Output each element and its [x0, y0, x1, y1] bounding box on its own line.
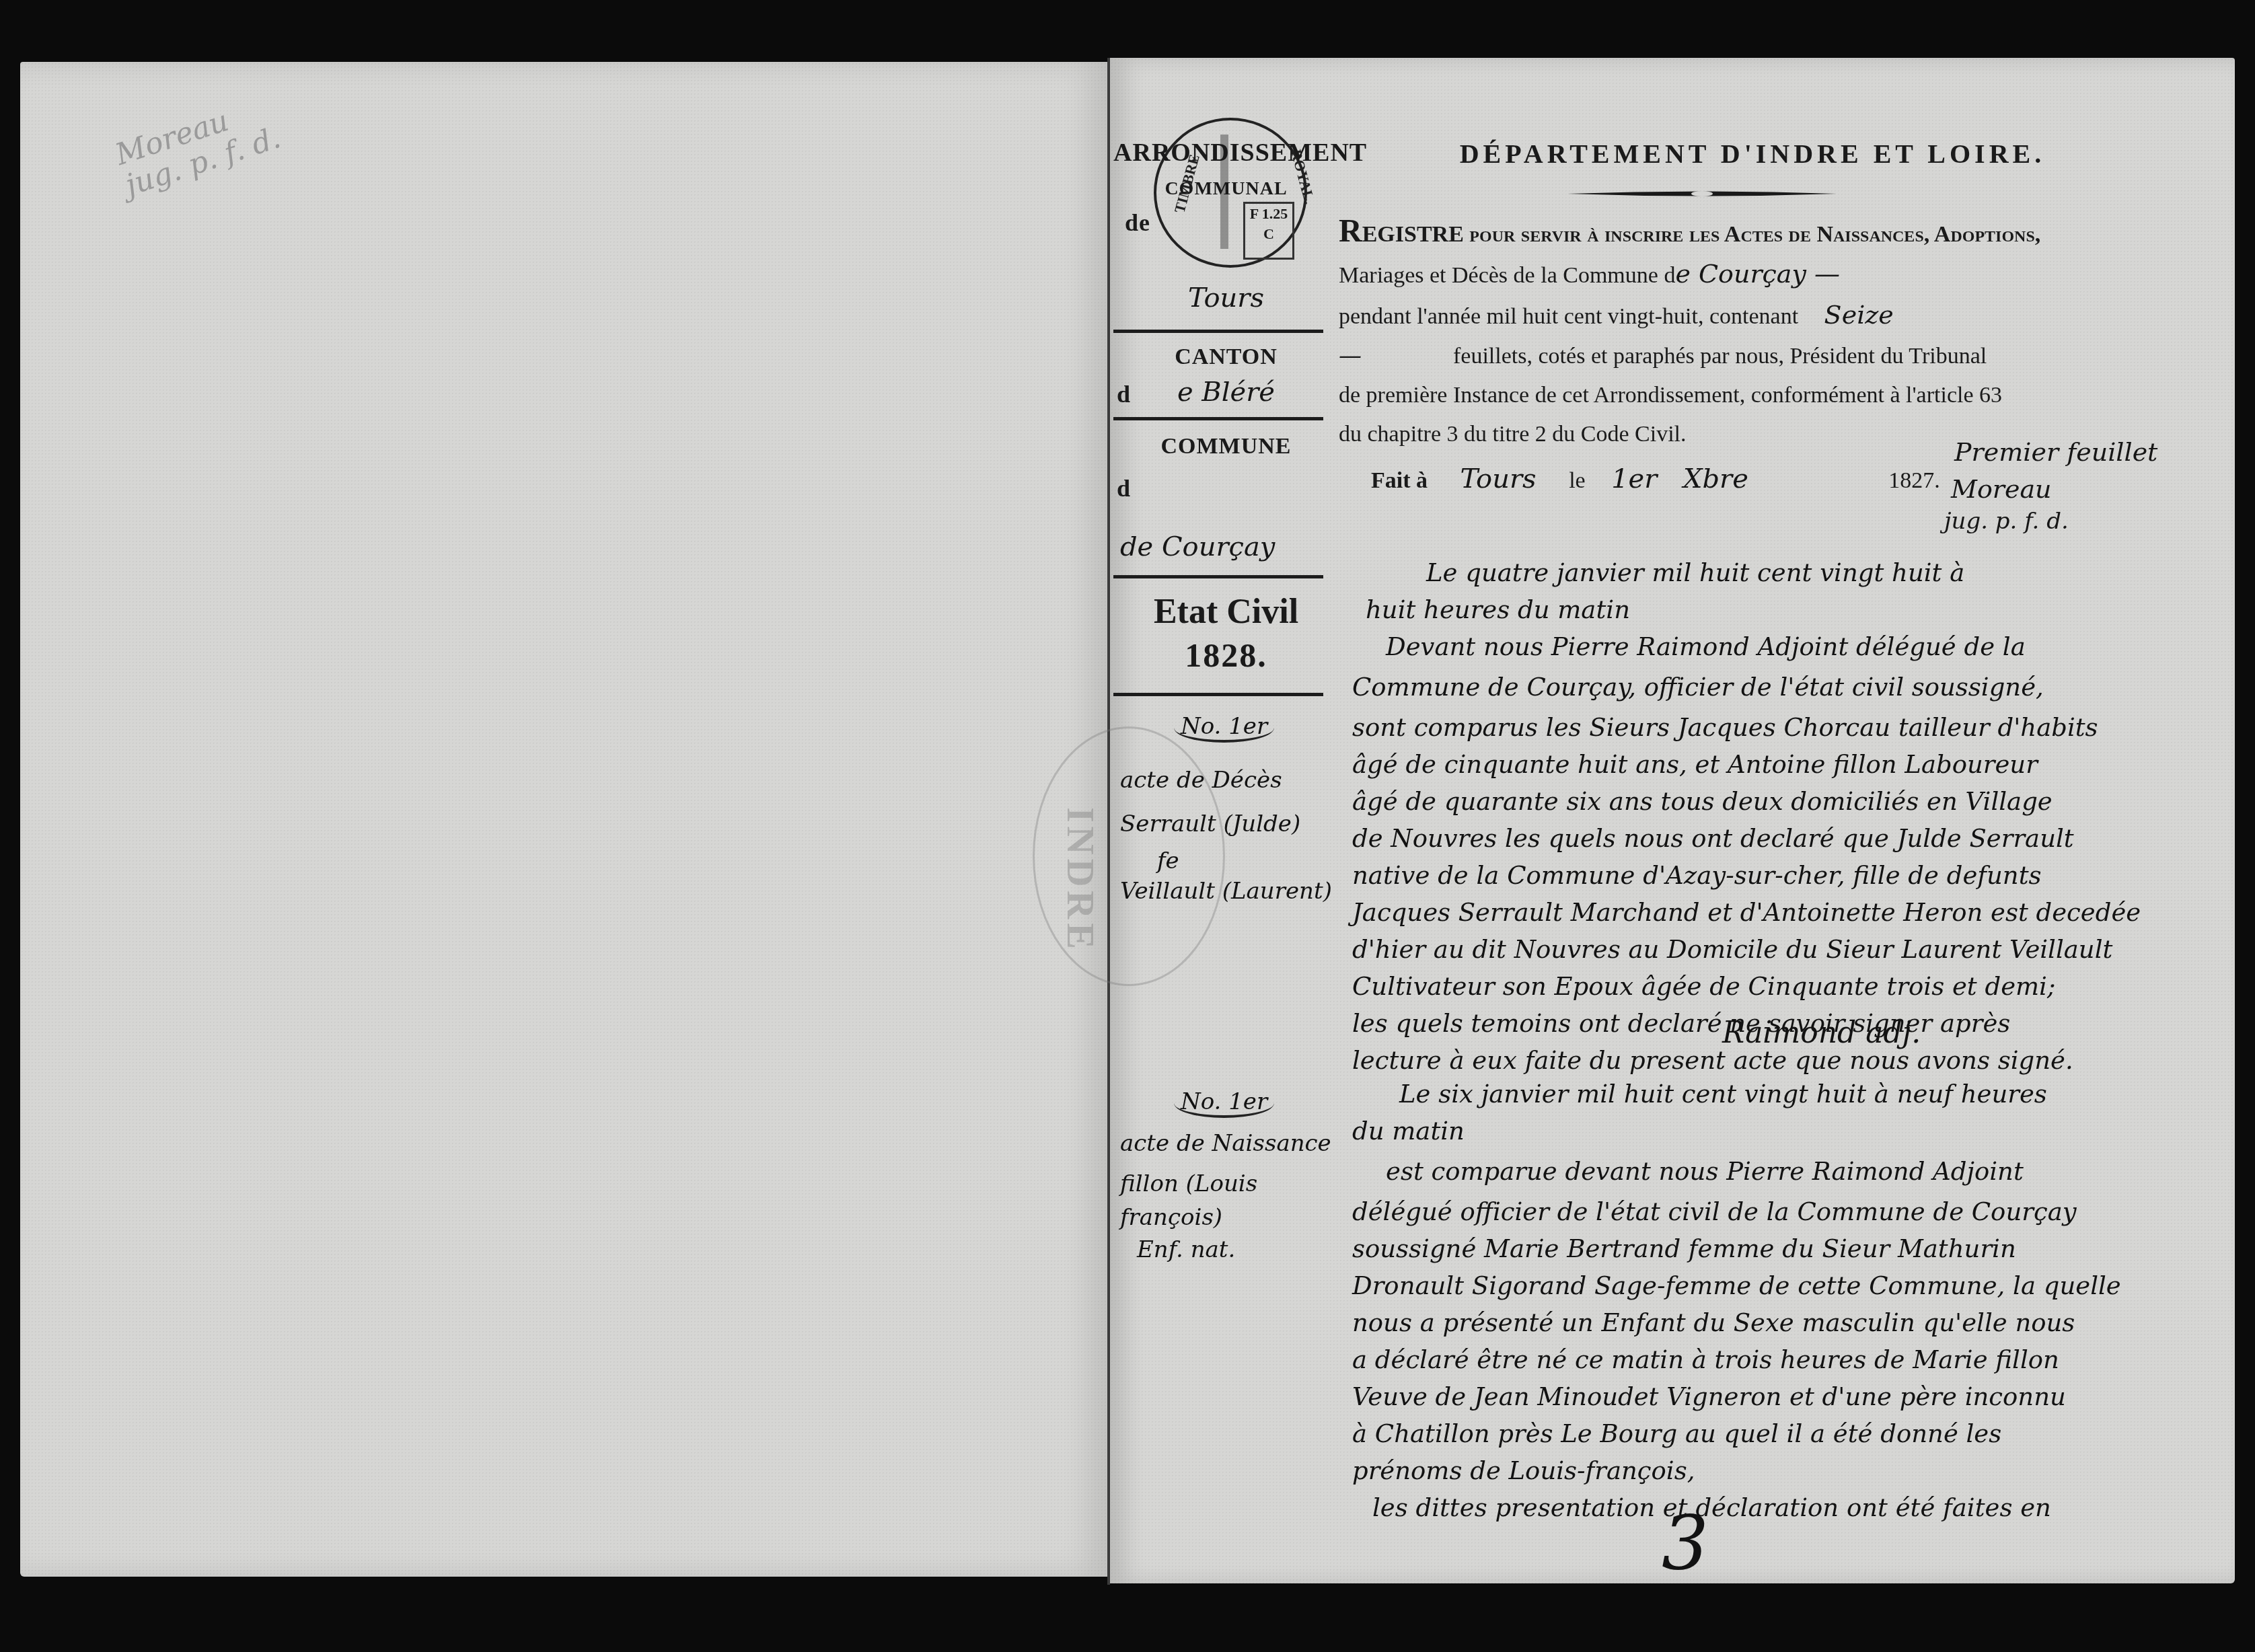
act-line: Jacques Serrault Marchand et d'Antoinett…	[1352, 898, 2141, 927]
preamble-line: de première Instance de cet Arrondisseme…	[1339, 376, 2166, 415]
stamp-value: F 1.25 C	[1243, 202, 1294, 260]
sheet-count-handwritten: Seize	[1824, 300, 1894, 330]
header-rule	[1113, 575, 1323, 578]
canton-value: e Bléré	[1113, 377, 1339, 408]
dropcap: R	[1339, 213, 1362, 249]
act-line: Le six janvier mil huit cent vingt huit …	[1399, 1080, 2047, 1109]
header-rule	[1113, 330, 1323, 333]
le-label: le	[1569, 468, 1586, 493]
etat-civil-label: Etat Civil	[1113, 592, 1339, 632]
margin-act-type: acte de Décès	[1120, 767, 1282, 794]
left-page-blank	[20, 62, 1109, 1577]
preamble-line: EGISTRE pour servir à inscrire les Actes…	[1362, 222, 2041, 247]
president-signature-title: jug. p. f. d.	[1944, 508, 2069, 535]
blind-stamp-text: INDRE	[1023, 807, 1103, 953]
margin-note-natural-child: Enf. nat.	[1137, 1236, 1235, 1263]
act-line: délégué officier de l'état civil de la C…	[1352, 1197, 2077, 1226]
margin-name-spouse: Veillault (Laurent)	[1120, 878, 1332, 905]
margin-act-number: No. 1er	[1174, 1088, 1274, 1115]
act-line: les dittes presentation et déclaration o…	[1372, 1493, 2051, 1522]
adjoint-signature: Raimond adj.	[1722, 1016, 1921, 1050]
act-line: du matin	[1352, 1117, 1465, 1146]
premier-feuillet-note: Premier feuillet	[1954, 437, 2157, 467]
margin-conjunction: fe	[1157, 848, 1179, 874]
act-line: âgé de cinquante huit ans, et Antoine fi…	[1352, 750, 2038, 779]
act-line: a déclaré être né ce matin à trois heure…	[1352, 1345, 2059, 1374]
dash-handwritten: —	[1339, 336, 1453, 375]
department-title: DÉPARTEMENT D'INDRE ET LOIRE.	[1339, 138, 2166, 170]
folio-number: 3	[1662, 1500, 1709, 1586]
act-line: huit heures du matin	[1366, 595, 1630, 624]
act-number: No. 1er	[1174, 713, 1274, 743]
act-line: lecture à eux faite du present acte que …	[1352, 1046, 2073, 1075]
act-line: Devant nous Pierre Raimond Adjoint délég…	[1386, 632, 2026, 661]
fait-month: Xbre	[1683, 463, 1748, 494]
canton-label: CANTON	[1113, 344, 1339, 370]
act-line: native de la Commune d'Azay-sur-cher, fi…	[1352, 861, 2042, 890]
act-line: est comparue devant nous Pierre Raimond …	[1386, 1157, 2024, 1186]
act-line: d'hier au dit Nouvres au Domicile du Sie…	[1352, 935, 2112, 964]
act-line: soussigné Marie Bertrand femme du Sieur …	[1352, 1234, 2016, 1263]
de-label: de	[1125, 209, 1150, 237]
act-line: Le quatre janvier mil huit cent vingt hu…	[1426, 558, 1964, 587]
commune-prefix: d	[1117, 474, 1131, 502]
act-line: Commune de Courçay, officier de l'état c…	[1352, 673, 2044, 702]
margin-act-type: acte de Naissance	[1120, 1130, 1331, 1157]
act-line: nous a présenté un Enfant du Sexe mascul…	[1352, 1308, 2075, 1337]
arrondissement-value: Tours	[1113, 283, 1339, 313]
communal-label: COMMUNAL	[1113, 178, 1339, 200]
act-line: Dronault Sigorand Sage-femme de cette Co…	[1352, 1271, 2121, 1300]
act-line: à Chatillon près Le Bourg au quel il a é…	[1352, 1419, 2001, 1448]
margin-name-child: fillon (Louis	[1120, 1170, 1257, 1197]
commune-value: de Courçay	[1113, 531, 1345, 562]
preamble-line: pendant l'année mil huit cent vingt-huit…	[1339, 304, 1798, 329]
fait-place: Tours	[1461, 463, 1537, 494]
margin-name-child-cont: françois)	[1120, 1204, 1222, 1231]
margin-name-deceased: Serrault (Julde)	[1120, 811, 1300, 837]
act-line: sont comparus les Sieurs Jacques Chorcau…	[1352, 713, 2098, 742]
fait-label: Fait à	[1371, 468, 1428, 493]
president-signature-name: Moreau	[1951, 474, 2052, 504]
fait-year: 1827.	[1888, 468, 1940, 493]
header-rule	[1113, 693, 1323, 696]
act-line: Veuve de Jean Minoudet Vigneron et d'une…	[1352, 1382, 2066, 1411]
act-line: prénoms de Louis-françois,	[1352, 1456, 1695, 1485]
act-number: No. 1er	[1174, 1088, 1274, 1118]
act-line: de Nouvres les quels nous ont declaré qu…	[1352, 824, 2074, 853]
register-year: 1828.	[1113, 636, 1339, 675]
commune-label: COMMUNE	[1113, 434, 1339, 459]
margin-act-number: No. 1er	[1174, 713, 1274, 740]
header-rule	[1113, 417, 1323, 420]
fait-day: 1er	[1611, 463, 1657, 494]
arrondissement-label: ARRONDISSEMENT	[1113, 138, 1339, 167]
commune-handwritten: e Courçay —	[1675, 259, 1840, 289]
act-line: âgé de quarante six ans tous deux domici…	[1352, 787, 2053, 816]
preamble-line: Mariages et Décès de la Commune d	[1339, 263, 1675, 288]
preamble-line: feuillets, cotés et paraphés par nous, P…	[1453, 344, 1987, 369]
ornament-divider-icon	[1567, 190, 1837, 197]
act-line: Cultivateur son Epoux âgée de Cinquante …	[1352, 972, 2055, 1001]
